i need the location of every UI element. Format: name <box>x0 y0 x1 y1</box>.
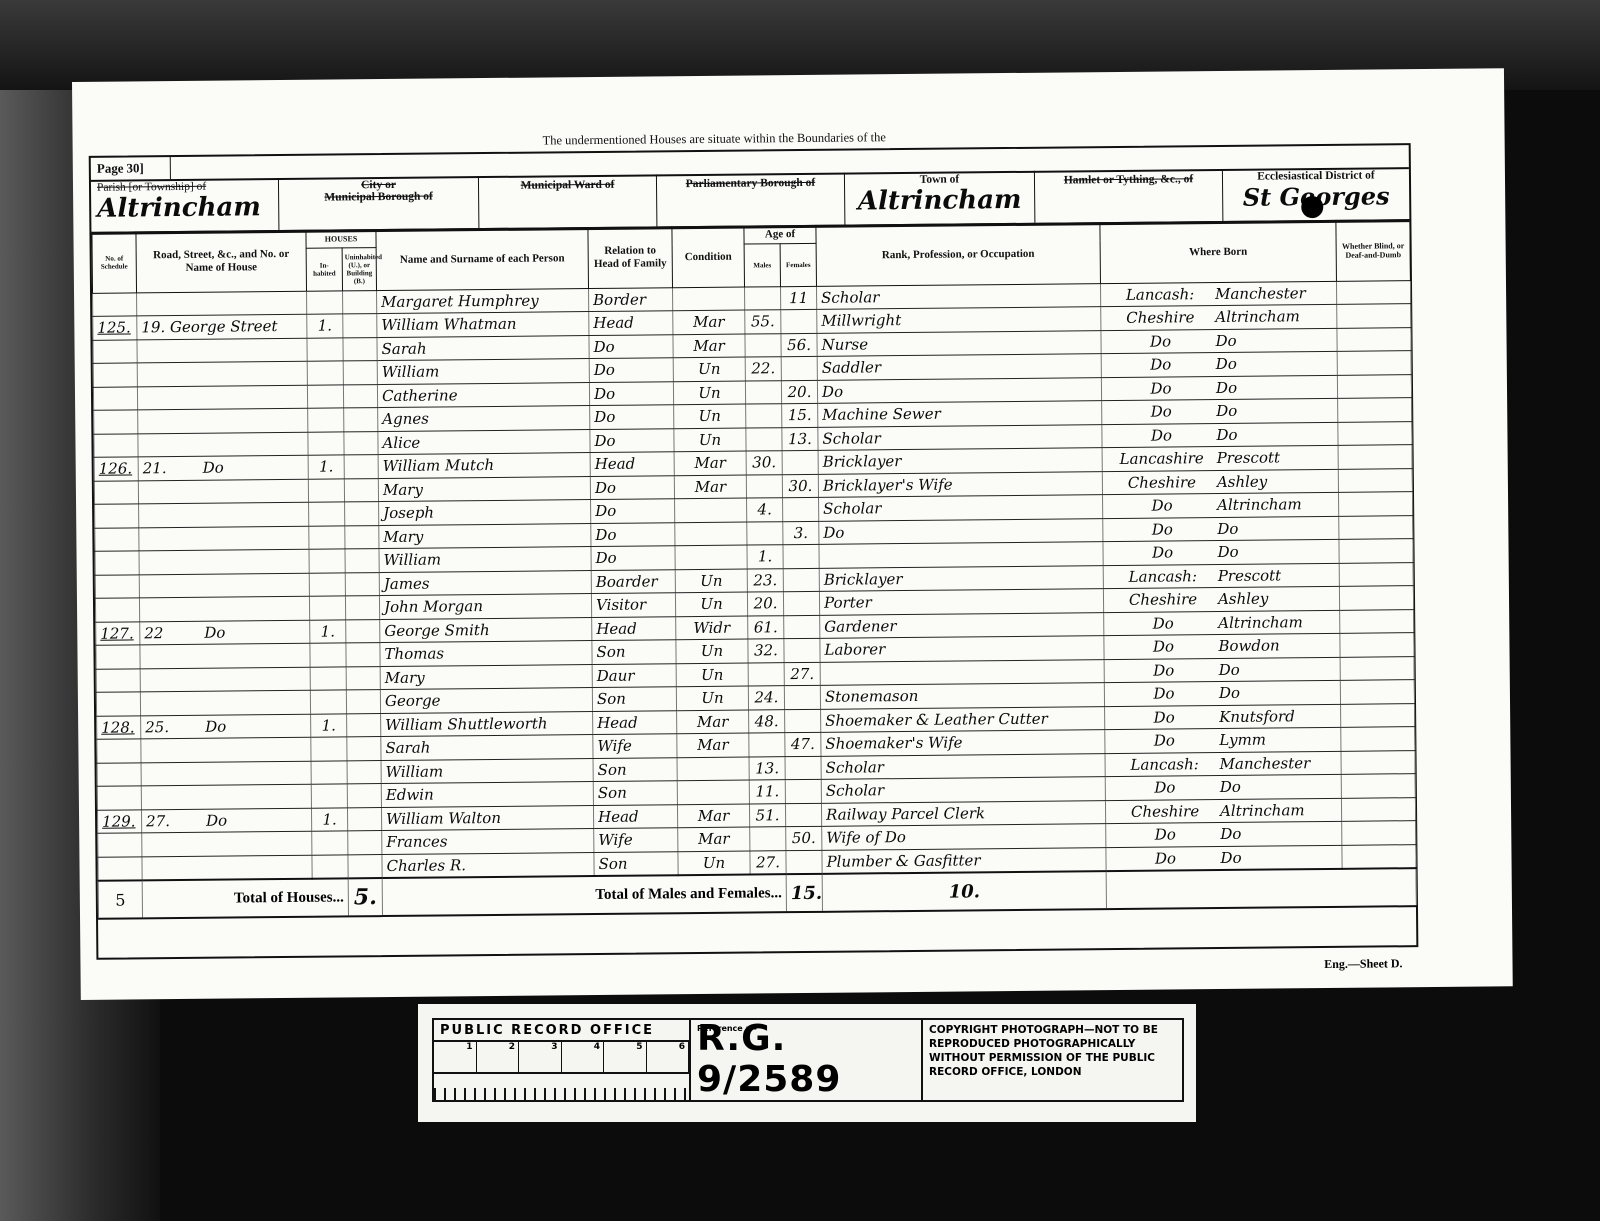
birth-town: Manchester <box>1215 284 1306 303</box>
age-male: 24. <box>748 686 784 710</box>
birth-town: Do <box>1216 379 1237 397</box>
house-number <box>145 661 205 662</box>
uninhabited-count <box>346 666 380 690</box>
age-male <box>748 662 784 686</box>
birth-town: Altrincham <box>1218 613 1303 632</box>
birth-town: Do <box>1220 778 1241 796</box>
census-sheet: The undermentioned Houses are situate wi… <box>72 68 1513 1000</box>
age-female <box>783 497 819 521</box>
condition: Un <box>678 851 750 876</box>
occupation: Bricklayer's Wife <box>818 471 1102 497</box>
schedule-count: 5 <box>98 881 142 919</box>
birth-county: Do <box>1106 379 1216 398</box>
age-female <box>784 638 820 662</box>
road-address <box>138 432 308 457</box>
road-address <box>141 761 311 786</box>
birthplace: CheshireAltrincham <box>1105 798 1341 824</box>
condition <box>677 757 749 781</box>
col-where-born: Where Born <box>1100 220 1337 283</box>
relation: Border <box>589 287 673 311</box>
relation: Head <box>593 804 677 828</box>
person-name: John Morgan <box>379 594 591 620</box>
uninhabited-count <box>348 831 382 855</box>
ruler-number: 1 <box>434 1042 477 1072</box>
house-number <box>146 849 206 850</box>
blind-deaf <box>1339 539 1413 563</box>
birth-county: Do <box>1107 520 1217 539</box>
person-name: Margaret Humphrey <box>377 288 589 314</box>
inhabited-count <box>309 502 345 526</box>
birth-town: Do <box>1220 849 1241 867</box>
house-number <box>146 779 206 780</box>
house-number: 19. George Street <box>141 317 277 336</box>
house-number <box>143 544 203 545</box>
road-address <box>139 526 309 551</box>
inhabited-count <box>312 855 348 879</box>
person-name: Frances <box>382 829 594 855</box>
page-number: 30] <box>126 160 143 175</box>
inhabited-count: 1. <box>311 808 347 832</box>
age-male: 4. <box>747 498 783 522</box>
birth-town: Do <box>1216 426 1237 444</box>
street-ditto: Do <box>206 811 227 829</box>
inhabited-count <box>310 643 346 667</box>
ruler-number: 5 <box>604 1042 647 1072</box>
birth-town: Ashley <box>1217 472 1268 490</box>
birth-county: Cheshire <box>1107 473 1217 492</box>
schedule-number: 128. <box>97 716 141 740</box>
birthplace: Lancash:Prescott <box>1103 563 1339 589</box>
col-road: Road, Street, &c., and No. or Name of Ho… <box>136 230 307 292</box>
birthplace: Lancash:Manchester <box>1100 281 1336 307</box>
schedule-number <box>95 504 139 528</box>
house-number <box>142 403 202 404</box>
birthplace: DoBowdon <box>1104 633 1340 659</box>
pro-title: PUBLIC RECORD OFFICE <box>434 1020 689 1042</box>
birthplace: DoDo <box>1103 540 1339 566</box>
schedule-number <box>95 551 139 575</box>
uninhabited-count <box>345 572 379 596</box>
inhabited-count <box>309 549 345 573</box>
street-ditto: Do <box>203 459 224 477</box>
condition <box>675 522 747 546</box>
schedule-number <box>94 481 138 505</box>
person-name: William <box>381 758 593 784</box>
house-number <box>142 426 202 427</box>
col-blind-deaf: Whether Blind, or Deaf-and-Dumb <box>1336 220 1411 281</box>
schedule-number <box>93 387 137 411</box>
house-number <box>143 497 203 498</box>
pro-label-box: PUBLIC RECORD OFFICE 1 2 3 4 5 6 Referen… <box>432 1018 1184 1102</box>
birth-town: Do <box>1215 332 1236 350</box>
birthplace: CheshireAshley <box>1102 469 1338 495</box>
birthplace: DoAltrincham <box>1103 493 1339 519</box>
relation: Do <box>589 381 673 405</box>
occupation: Scholar <box>816 283 1100 309</box>
blind-deaf <box>1341 703 1415 727</box>
age-female <box>786 850 822 874</box>
blind-deaf <box>1341 797 1415 821</box>
uninhabited-count <box>347 713 381 737</box>
occupation: Gardener <box>820 612 1104 638</box>
condition: Mar <box>677 710 749 734</box>
house-number <box>145 708 205 709</box>
house-number <box>145 685 205 686</box>
age-male: 27. <box>750 850 786 874</box>
page-label: Page <box>97 161 124 176</box>
persons-total-label: Total of Males and Females... <box>382 874 786 916</box>
uninhabited-count <box>347 784 381 808</box>
birthplace: Lancash:Manchester <box>1105 751 1341 777</box>
relation: Do <box>590 475 674 499</box>
road-address <box>137 338 307 363</box>
col-relation: Relation to Head of Family <box>588 227 673 288</box>
house-number <box>143 450 203 451</box>
relation: Do <box>590 405 674 429</box>
blind-deaf <box>1340 633 1414 657</box>
age-male: 13. <box>749 756 785 780</box>
hamlet-label: Hamlet or Tything, &c., of <box>1035 173 1222 187</box>
house-number <box>141 309 201 310</box>
relation: Wife <box>593 734 677 758</box>
occupation: Machine Sewer <box>818 401 1102 427</box>
age-male: 20. <box>747 592 783 616</box>
schedule-number: 129. <box>97 810 141 834</box>
person-name: Agnes <box>378 406 590 432</box>
inhabited-count <box>308 432 344 456</box>
occupation: Bricklayer <box>819 565 1103 591</box>
census-table: No. of Schedule Road, Street, &c., and N… <box>91 219 1417 920</box>
pro-label: PUBLIC RECORD OFFICE 1 2 3 4 5 6 Referen… <box>418 1004 1196 1122</box>
age-female: 56. <box>781 333 817 357</box>
person-name: Mary <box>378 476 590 502</box>
age-male: 55. <box>745 310 781 334</box>
relation: Daur <box>592 663 676 687</box>
occupation: Shoemaker & Leather Cutter <box>821 706 1105 732</box>
birth-county: Cheshire <box>1108 590 1218 609</box>
birthplace: DoLymm <box>1105 727 1341 753</box>
condition: Mar <box>674 475 746 499</box>
age-male: 48. <box>749 709 785 733</box>
age-female: 3. <box>783 521 819 545</box>
road-address <box>137 291 307 316</box>
relation: Son <box>593 781 677 805</box>
age-female: 13. <box>782 427 818 451</box>
schedule-number <box>95 575 139 599</box>
uninhabited-count <box>344 455 378 479</box>
blind-deaf <box>1338 492 1412 516</box>
birthplace: LancashirePrescott <box>1102 446 1338 472</box>
occupation: Bricklayer <box>818 448 1102 474</box>
age-male <box>745 333 781 357</box>
uninhabited-count <box>345 549 379 573</box>
age-male: 32. <box>748 639 784 663</box>
parliamentary-cell: Parliamentary Borough of <box>657 173 845 227</box>
blind-deaf <box>1338 445 1412 469</box>
uninhabited-count <box>345 502 379 526</box>
blind-deaf <box>1340 609 1414 633</box>
birth-county: Do <box>1108 637 1218 656</box>
uninhabited-count <box>346 619 380 643</box>
uninhabited-count <box>346 690 380 714</box>
condition: Widr <box>676 616 748 640</box>
age-female <box>784 615 820 639</box>
birth-town: Do <box>1217 520 1238 538</box>
town-cell: Town of Altrincham <box>845 171 1035 225</box>
birth-town: Prescott <box>1217 449 1280 468</box>
blind-deaf <box>1336 280 1410 304</box>
road-address: 19. George Street <box>137 314 307 339</box>
age-male <box>746 474 782 498</box>
col-schedule: No. of Schedule <box>92 232 137 293</box>
age-male: 51. <box>749 803 785 827</box>
age-male: 22. <box>745 357 781 381</box>
hamlet-cell: Hamlet or Tything, &c., of <box>1035 169 1223 223</box>
condition: Un <box>674 404 746 428</box>
condition: Un <box>676 686 748 710</box>
schedule-number <box>98 857 142 881</box>
road-address: 25.Do <box>141 714 311 739</box>
blind-deaf <box>1337 327 1411 351</box>
condition: Un <box>673 357 745 381</box>
house-number <box>142 379 202 380</box>
age-female: 50. <box>786 826 822 850</box>
birth-town: Knutsford <box>1219 707 1295 726</box>
census-body: Margaret HumphreyBorder11ScholarLancash:… <box>93 280 1417 881</box>
blind-deaf <box>1339 562 1413 586</box>
relation: Head <box>589 311 673 335</box>
page-cell: Page 30] <box>91 157 171 180</box>
ruler-number: 3 <box>519 1042 562 1072</box>
person-name: Mary <box>379 523 591 549</box>
road-address <box>137 361 307 386</box>
col-males: Males <box>744 243 780 286</box>
col-uninhabited: Uninhabited (U.), or Building (B.) <box>342 247 376 290</box>
birth-town: Do <box>1217 543 1238 561</box>
person-name: Mary <box>380 664 592 690</box>
inhabited-count <box>309 526 345 550</box>
road-address <box>142 831 312 856</box>
birth-county: Do <box>1109 708 1219 727</box>
ward-cell: Municipal Ward of <box>479 174 657 228</box>
birth-town: Manchester <box>1220 754 1311 773</box>
condition <box>675 498 747 522</box>
birth-county: Lancash: <box>1105 285 1215 304</box>
person-name: William Mutch <box>378 453 590 479</box>
person-name: William <box>379 547 591 573</box>
schedule-number <box>97 739 141 763</box>
birth-county: Cheshire <box>1110 802 1220 821</box>
road-address <box>139 573 309 598</box>
schedule-number <box>94 434 138 458</box>
person-name: William Shuttleworth <box>381 711 593 737</box>
blind-deaf <box>1338 398 1412 422</box>
uninhabited-count <box>343 337 377 361</box>
boundary-intro: The undermentioned Houses are situate wi… <box>543 130 886 148</box>
municipal-borough-label: Municipal Borough of <box>279 190 478 204</box>
person-name: William <box>377 359 589 385</box>
age-female <box>781 310 817 334</box>
birth-town: Do <box>1216 355 1237 373</box>
age-male <box>744 286 780 310</box>
blind-deaf <box>1339 515 1413 539</box>
schedule-number <box>95 598 139 622</box>
inhabited-count <box>308 408 344 432</box>
house-number <box>146 802 206 803</box>
occupation: Scholar <box>818 424 1102 450</box>
col-name: Name and Surname of each Person <box>376 228 589 291</box>
birthplace: CheshireAshley <box>1103 586 1339 612</box>
occupation: Millwright <box>817 307 1101 333</box>
occupation: Laborer <box>820 636 1104 662</box>
road-address <box>138 479 308 504</box>
birth-county: Lancash: <box>1110 755 1220 774</box>
blind-deaf <box>1337 351 1411 375</box>
relation: Head <box>590 452 674 476</box>
birth-town: Do <box>1219 684 1240 702</box>
age-female <box>782 450 818 474</box>
condition: Un <box>676 639 748 663</box>
inhabited-count <box>307 361 343 385</box>
birthplace: DoDo <box>1101 375 1337 401</box>
birthplace: DoDo <box>1106 821 1342 847</box>
inhabited-count <box>308 479 344 503</box>
birth-county: Do <box>1109 684 1219 703</box>
houses-total-value: 5. <box>348 878 382 916</box>
blind-deaf <box>1341 750 1415 774</box>
road-address: 22Do <box>140 620 310 645</box>
road-address <box>142 855 312 881</box>
birth-county: Do <box>1106 426 1216 445</box>
ruler-number: 6 <box>647 1042 690 1072</box>
relation: Do <box>589 334 673 358</box>
relation: Son <box>592 687 676 711</box>
relation: Head <box>592 616 676 640</box>
road-address <box>141 784 311 809</box>
birth-county: Do <box>1110 825 1220 844</box>
condition: Mar <box>677 804 749 828</box>
blind-deaf <box>1338 468 1412 492</box>
schedule-number <box>95 528 139 552</box>
person-name: George <box>380 688 592 714</box>
blind-deaf <box>1337 304 1411 328</box>
condition: Mar <box>677 733 749 757</box>
age-female: 20. <box>781 380 817 404</box>
birthplace: DoDo <box>1106 845 1342 871</box>
age-male: 61. <box>748 615 784 639</box>
pro-ruler: PUBLIC RECORD OFFICE 1 2 3 4 5 6 <box>434 1020 691 1100</box>
age-male <box>745 380 781 404</box>
birthplace: DoDo <box>1101 352 1337 378</box>
condition: Mar <box>673 310 745 334</box>
schedule-number <box>96 692 140 716</box>
condition <box>672 287 744 311</box>
person-name: Sarah <box>377 335 589 361</box>
age-female: 11 <box>780 286 816 310</box>
uninhabited-count <box>343 361 377 385</box>
birth-county: Do <box>1106 402 1216 421</box>
totals-blank <box>1106 868 1416 909</box>
road-address: 27.Do <box>141 808 311 833</box>
birth-county: Lancash: <box>1108 567 1218 586</box>
blind-deaf <box>1341 727 1415 751</box>
person-name: James <box>379 570 591 596</box>
occupation: Scholar <box>821 777 1105 803</box>
blind-deaf <box>1338 421 1412 445</box>
inhabited-count <box>310 667 346 691</box>
person-name: Sarah <box>381 735 593 761</box>
age-female <box>783 591 819 615</box>
road-address <box>140 643 310 668</box>
house-number <box>143 520 203 521</box>
schedule-number <box>97 763 141 787</box>
blind-deaf <box>1342 821 1416 845</box>
relation: Do <box>591 546 675 570</box>
schedule-number: 126. <box>94 457 138 481</box>
inhabited-count: 1. <box>307 314 343 338</box>
occupation: Stonemason <box>820 683 1104 709</box>
road-address <box>139 502 309 527</box>
occupation: Do <box>819 518 1103 544</box>
birth-county: Do <box>1105 332 1215 351</box>
condition: Mar <box>673 334 745 358</box>
females-total: 10. <box>822 871 1106 912</box>
road-address <box>140 690 310 715</box>
age-male: 23. <box>747 568 783 592</box>
house-number <box>142 356 202 357</box>
occupation: Porter <box>819 589 1103 615</box>
schedule-number <box>94 410 138 434</box>
birthplace: DoDo <box>1102 399 1338 425</box>
birthplace: DoDo <box>1105 774 1341 800</box>
age-female <box>785 756 821 780</box>
inhabited-count <box>312 831 348 855</box>
sheet-label: Eng.—Sheet D. <box>1324 956 1402 972</box>
birth-county: Do <box>1106 355 1216 374</box>
occupation: Nurse <box>817 330 1101 356</box>
inhabited-count <box>307 291 343 315</box>
birth-town: Prescott <box>1218 566 1281 585</box>
age-female: 47. <box>785 732 821 756</box>
birthplace: DoDo <box>1104 657 1340 683</box>
birth-town: Altrincham <box>1217 496 1302 515</box>
occupation: Plumber & Gasfitter <box>822 847 1106 874</box>
condition: Mar <box>678 827 750 851</box>
house-number: 22 <box>144 624 204 643</box>
birth-town: Bowdon <box>1218 637 1279 656</box>
birth-county: Do <box>1110 778 1220 797</box>
street-ditto: Do <box>204 623 225 641</box>
relation: Head <box>593 710 677 734</box>
birth-county: Do <box>1109 731 1219 750</box>
age-female: 30. <box>782 474 818 498</box>
occupation: Do <box>817 377 1101 403</box>
condition: Un <box>673 381 745 405</box>
blind-deaf <box>1337 374 1411 398</box>
person-name: Alice <box>378 429 590 455</box>
uninhabited-count <box>345 596 379 620</box>
relation: Do <box>591 522 675 546</box>
col-inhabited: In-habited <box>306 248 342 291</box>
occupation <box>819 542 1103 568</box>
occupation: Shoemaker's Wife <box>821 730 1105 756</box>
uninhabited-count <box>347 737 381 761</box>
col-females: Females <box>780 243 816 286</box>
house-number: 21. <box>143 459 203 478</box>
schedule-number <box>96 645 140 669</box>
ward-label: Municipal Ward of <box>479 178 656 192</box>
age-female <box>785 803 821 827</box>
